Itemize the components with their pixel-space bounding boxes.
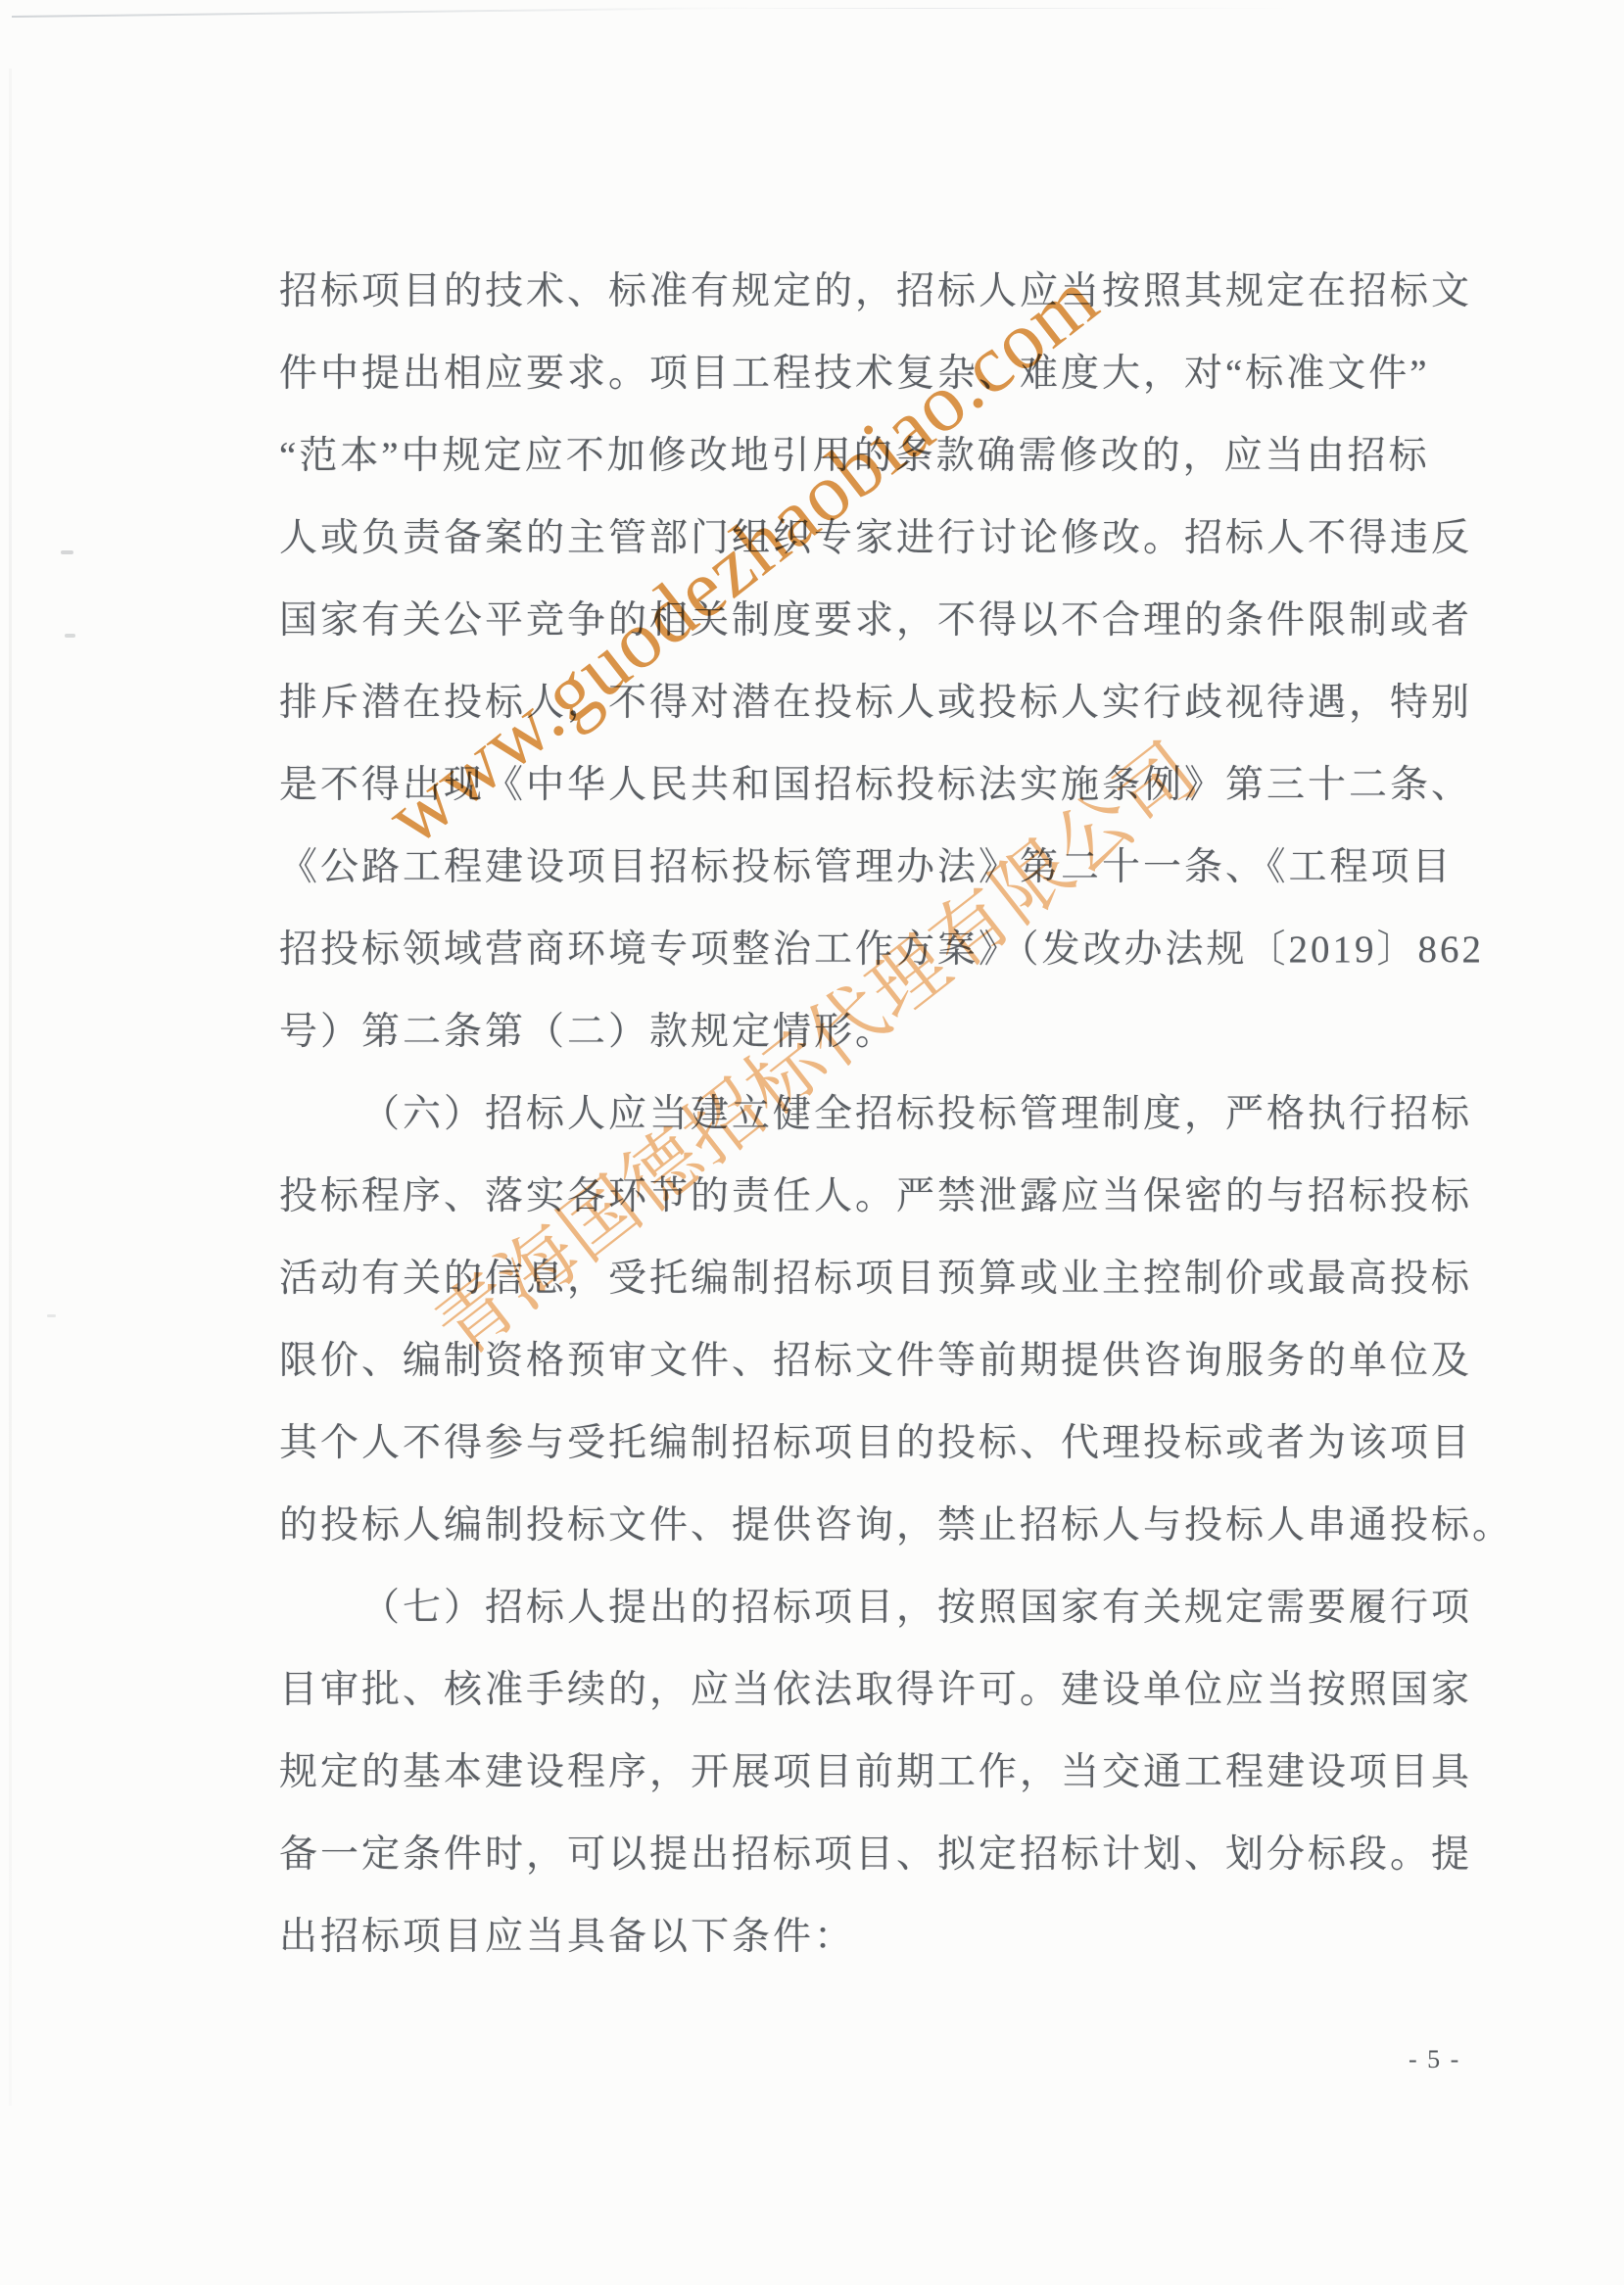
text-line: （六）招标人应当建立健全招标投标管理制度，严格执行招标: [279, 1073, 1533, 1156]
scan-edge-artifact-left: [9, 69, 12, 2106]
text-line: 国家有关公平竞争的相关制度要求，不得以不合理的条件限制或者: [279, 580, 1533, 662]
text-line: 其个人不得参与受托编制招标项目的投标、代理投标或者为该项目: [279, 1403, 1533, 1485]
text-line: 是不得出现《中华人民共和国招标投标法实施条例》第三十二条、: [279, 744, 1533, 827]
document-body-text: 招标项目的技术、标准有规定的，招标人应当按照其规定在招标文件中提出相应要求。项目…: [279, 251, 1533, 1978]
text-line: “范本”中规定应不加修改地引用的条款确需修改的，应当由招标: [279, 415, 1533, 498]
text-line: 号）第二条第（二）款规定情形。: [279, 991, 1533, 1073]
margin-speck: [47, 1314, 56, 1317]
text-line: 备一定条件时，可以提出招标项目、拟定招标计划、划分标段。提: [279, 1814, 1533, 1896]
page-number: - 5 -: [1409, 2045, 1460, 2074]
text-line: 招投标领域营商环境专项整治工作方案》（发改办法规〔2019〕862: [279, 909, 1533, 991]
scan-edge-artifact-top-right: [686, 8, 1293, 9]
text-line: 投标程序、落实各环节的责任人。严禁泄露应当保密的与招标投标: [279, 1156, 1533, 1238]
text-line: 招标项目的技术、标准有规定的，招标人应当按照其规定在招标文: [279, 251, 1533, 333]
text-line: 限价、编制资格预审文件、招标文件等前期提供咨询服务的单位及: [279, 1320, 1533, 1403]
text-line: 规定的基本建设程序，开展项目前期工作，当交通工程建设项目具: [279, 1732, 1533, 1814]
text-line: 排斥潜在投标人，不得对潜在投标人或投标人实行歧视待遇，特别: [279, 662, 1533, 744]
text-line: 人或负责备案的主管部门组织专家进行讨论修改。招标人不得违反: [279, 498, 1533, 580]
text-line: （七）招标人提出的招标项目，按照国家有关规定需要履行项: [279, 1567, 1533, 1649]
margin-speck: [65, 634, 75, 638]
margin-speck: [61, 550, 73, 554]
text-line: 件中提出相应要求。项目工程技术复杂、难度大，对“标准文件”: [279, 333, 1533, 415]
scanned-document-page: 招标项目的技术、标准有规定的，招标人应当按照其规定在招标文件中提出相应要求。项目…: [0, 0, 1624, 2285]
text-line: 的投标人编制投标文件、提供咨询，禁止招标人与投标人串通投标。: [279, 1485, 1533, 1567]
text-line: 活动有关的信息，受托编制招标项目预算或业主控制价或最高投标: [279, 1238, 1533, 1320]
scan-edge-artifact-top: [12, 7, 756, 18]
text-line: 《公路工程建设项目招标投标管理办法》第二十一条、《工程项目: [279, 827, 1533, 909]
text-line: 目审批、核准手续的，应当依法取得许可。建设单位应当按照国家: [279, 1649, 1533, 1732]
text-line: 出招标项目应当具备以下条件：: [279, 1896, 1533, 1978]
